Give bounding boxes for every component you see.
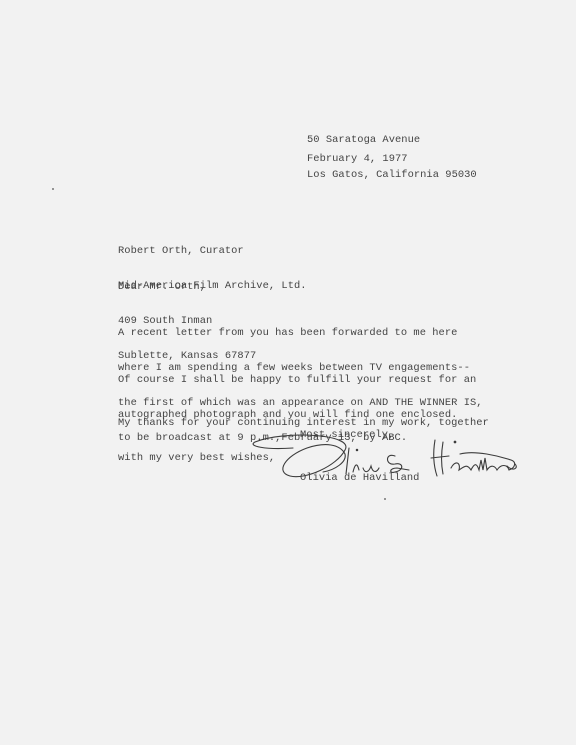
letter-date: February 4, 1977 (307, 154, 408, 166)
paragraph-line: A recent letter from you has been forwar… (118, 328, 483, 340)
recipient-line: Robert Orth, Curator (118, 246, 307, 258)
typed-signatory-name: Olivia de Havilland (300, 473, 419, 485)
paper-speck (384, 498, 386, 500)
return-address-line: Los Gatos, California 95030 (307, 170, 477, 182)
paper-speck (52, 188, 54, 190)
return-address-line: 50 Saratoga Avenue (307, 135, 477, 147)
salutation: Dear Mr. Orth, (118, 282, 206, 294)
paragraph-line: Of course I shall be happy to fulfill yo… (118, 375, 476, 387)
